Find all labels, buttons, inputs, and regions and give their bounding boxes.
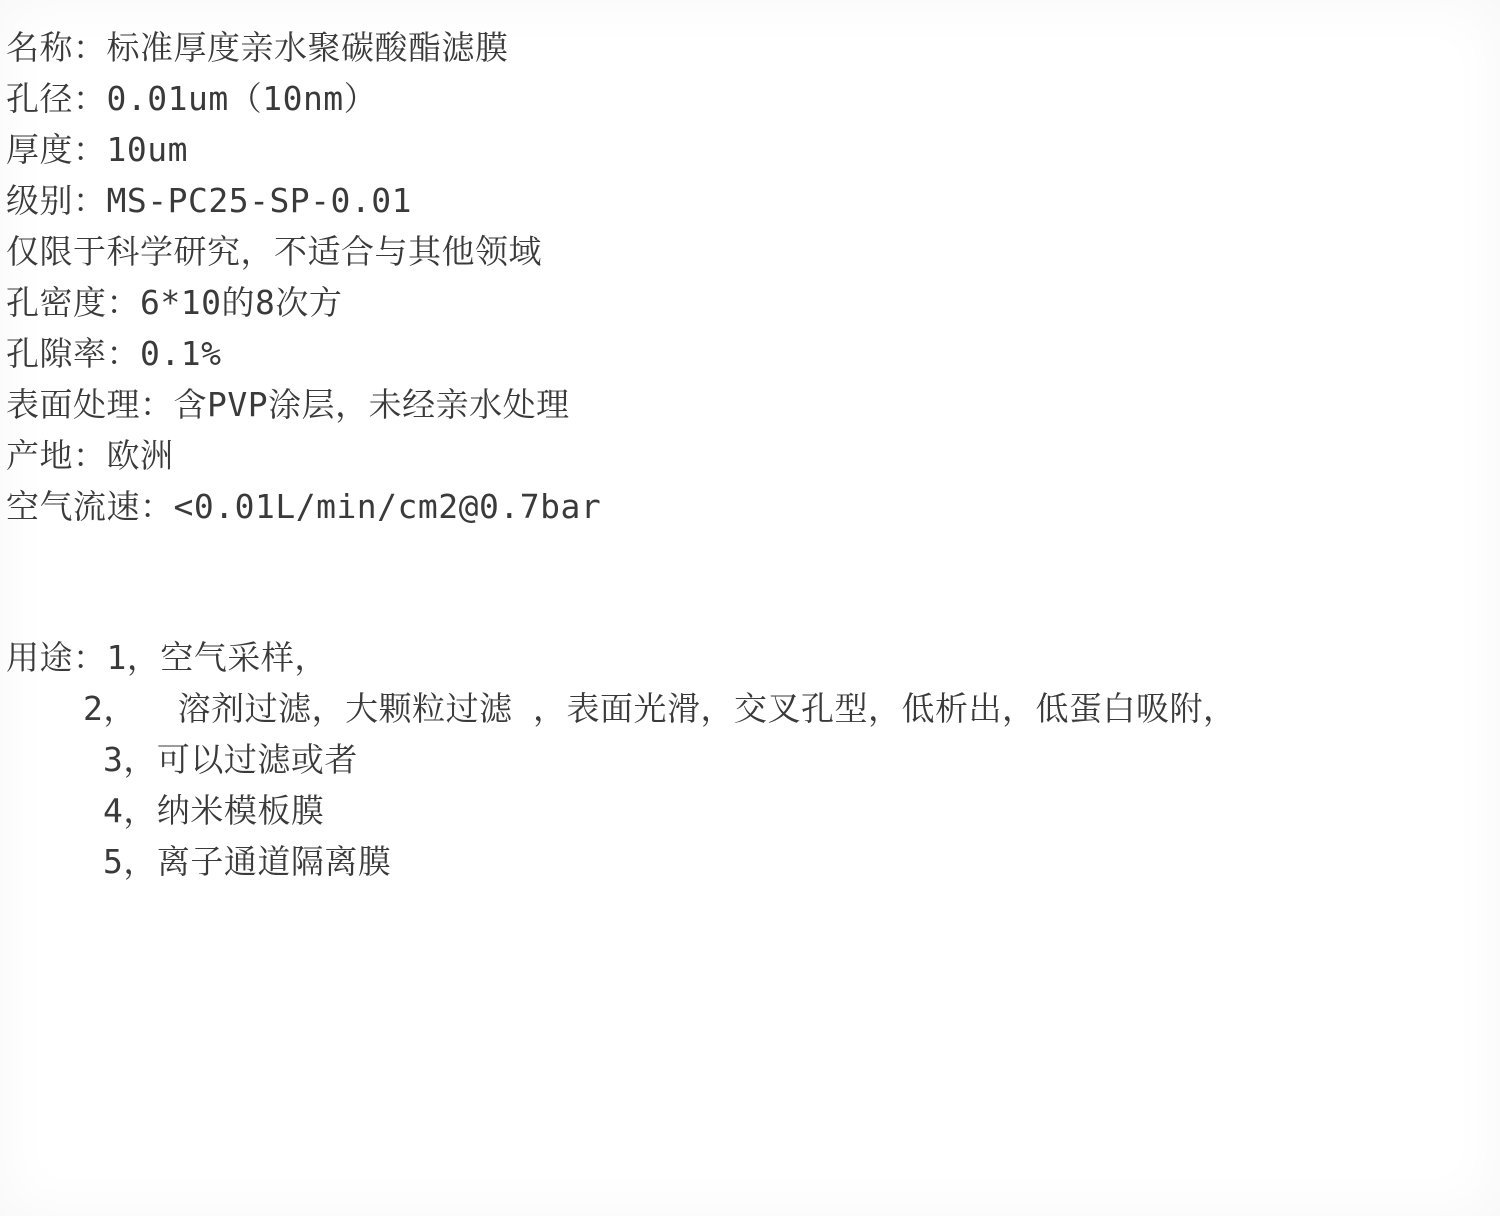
spec-label: 孔隙率： bbox=[6, 334, 140, 373]
uses-row-3: 3，可以过滤或者 bbox=[6, 734, 1480, 785]
uses-section: 用途：1，空气采样， 2， 溶剂过滤，大颗粒过滤 ，表面光滑，交叉孔型，低析出，… bbox=[6, 632, 1480, 887]
spec-label: 孔密度： bbox=[6, 283, 140, 322]
spec-row-grade: 级别：MS-PC25-SP-0.01 bbox=[6, 175, 1480, 226]
spec-value: 含PVP涂层，未经亲水处理 bbox=[174, 385, 570, 424]
spec-value: <0.01L/min/cm2@0.7bar bbox=[174, 487, 602, 526]
spec-label: 孔径： bbox=[6, 79, 107, 118]
spec-value: 0.1% bbox=[140, 334, 221, 373]
spec-value: 标准厚度亲水聚碳酸酯滤膜 bbox=[107, 28, 509, 67]
spec-value: 0.01um（10nm） bbox=[107, 79, 378, 118]
spec-row-name: 名称：标准厚度亲水聚碳酸酯滤膜 bbox=[6, 22, 1480, 73]
uses-row-1: 用途：1，空气采样， bbox=[6, 632, 1480, 683]
spec-value: 欧洲 bbox=[107, 436, 174, 475]
uses-row-2: 2， 溶剂过滤，大颗粒过滤 ，表面光滑，交叉孔型，低析出，低蛋白吸附， bbox=[6, 683, 1480, 734]
spec-row-porosity: 孔隙率：0.1% bbox=[6, 328, 1480, 379]
product-spec-document: 名称：标准厚度亲水聚碳酸酯滤膜 孔径：0.01um（10nm） 厚度：10um … bbox=[0, 0, 1500, 887]
spec-label: 级别： bbox=[6, 181, 107, 220]
spec-label: 名称： bbox=[6, 28, 107, 67]
spec-row-air-flow: 空气流速：<0.01L/min/cm2@0.7bar bbox=[6, 481, 1480, 532]
uses-row-5: 5，离子通道隔离膜 bbox=[6, 836, 1480, 887]
spec-value: 6*10的8次方 bbox=[140, 283, 342, 322]
spec-row-origin: 产地：欧洲 bbox=[6, 430, 1480, 481]
spec-row-pore-density: 孔密度：6*10的8次方 bbox=[6, 277, 1480, 328]
uses-label: 用途： bbox=[6, 638, 107, 677]
research-use-note: 仅限于科学研究，不适合与其他领域 bbox=[6, 226, 1480, 277]
product-spec-page: 名称：标准厚度亲水聚碳酸酯滤膜 孔径：0.01um（10nm） 厚度：10um … bbox=[0, 0, 1500, 1216]
spec-label: 厚度： bbox=[6, 130, 107, 169]
spec-value: 10um bbox=[107, 130, 188, 169]
uses-item: 1，空气采样， bbox=[107, 638, 328, 677]
spec-value: MS-PC25-SP-0.01 bbox=[107, 181, 413, 220]
spec-row-pore-size: 孔径：0.01um（10nm） bbox=[6, 73, 1480, 124]
spec-row-thickness: 厚度：10um bbox=[6, 124, 1480, 175]
spec-label: 空气流速： bbox=[6, 487, 174, 526]
spec-label: 产地： bbox=[6, 436, 107, 475]
uses-row-4: 4，纳米模板膜 bbox=[6, 785, 1480, 836]
spec-label: 表面处理： bbox=[6, 385, 174, 424]
spec-row-surface-treatment: 表面处理：含PVP涂层，未经亲水处理 bbox=[6, 379, 1480, 430]
